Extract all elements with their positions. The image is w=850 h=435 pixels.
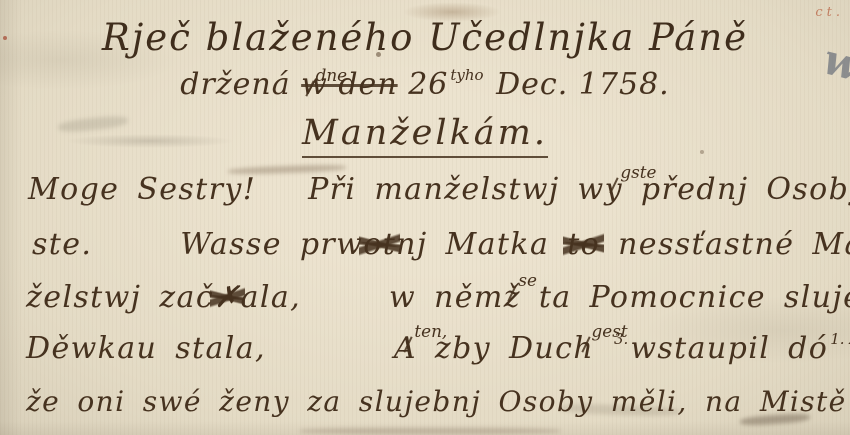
salutation: Moge Sestry! — [28, 172, 256, 207]
struck-word-with-insert: dnew den — [301, 67, 398, 102]
body-text: přednj Osoby — [641, 172, 850, 207]
body-line-2: ste. Wasse prwotnj Matka to nessťastné M… — [32, 227, 850, 262]
inserted-word: dne — [316, 65, 347, 85]
superscript-number: 1. — [830, 330, 844, 348]
scribbled-out-letters: ✗ — [214, 280, 241, 315]
body-text: želstwj zač — [26, 280, 214, 315]
body-text: wstaupil dó — [630, 331, 828, 366]
cutoff-next-line-hint — [300, 428, 560, 434]
body-text: že oni swé ženy za slujebnj Osoby měli, … — [26, 385, 847, 418]
manuscript-page: ct. w Rječ blaženého Učedlnjka Páně drže… — [0, 0, 850, 435]
scribbled-out-letters: ot — [363, 227, 396, 262]
heading-line-1: Rječ blaženého Učedlnjka Páně — [0, 16, 850, 59]
body-text: Při manželstwj wy — [308, 172, 623, 207]
body-text: ta Pomocnice slujebnau — [539, 280, 850, 315]
body-text: Wasse prw — [180, 227, 363, 262]
underlined-title-word: Manželkám. — [302, 113, 548, 158]
scribbled-out-word: to — [567, 227, 600, 262]
body-text: zby Duch — [435, 331, 594, 366]
superscript-number: 3. — [614, 330, 628, 348]
body-text: nj Matka — [396, 227, 549, 262]
body-line-1: Moge Sestry! Při manželstwj wygste předn… — [28, 172, 850, 207]
body-text: ala, — [241, 280, 302, 315]
body-line-3: želstwj zač✗ala, w němžse ta Pomocnice s… — [26, 280, 850, 315]
body-line-4: Děwkau stala, Aten, zby Duchgest 3.wstau… — [26, 331, 850, 366]
body-text: w němž — [389, 280, 521, 315]
inserted-word: ten, — [414, 321, 447, 341]
heading-day-number: 26 — [408, 67, 448, 102]
heading-line-2: držená dnew den 26tyho Dec. 1758. — [0, 67, 850, 102]
body-text: Děwkau stala, — [26, 331, 266, 366]
ordinal-superscript: tyho — [450, 66, 483, 84]
heading-date-post: Dec. 1758. — [496, 67, 670, 102]
body-text: nessťastné Man- — [618, 227, 850, 262]
inserted-word: se — [518, 270, 537, 290]
body-line-5: že oni swé ženy za slujebnj Osoby měli, … — [26, 385, 850, 418]
heading-line-3: Manželkám. — [0, 113, 850, 158]
inserted-word: gste — [620, 162, 656, 182]
body-text: ste. — [32, 227, 92, 262]
heading-date-pre: držená — [180, 67, 290, 102]
